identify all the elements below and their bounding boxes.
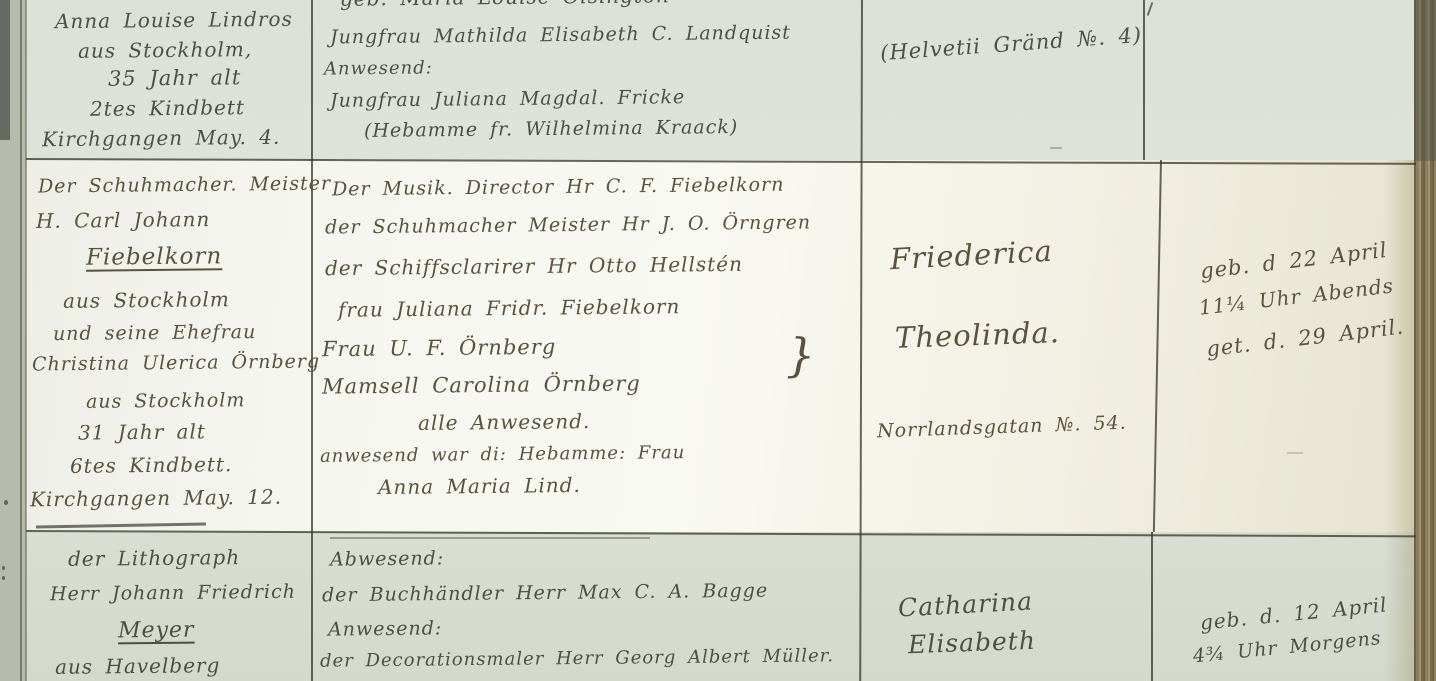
page-edge-line xyxy=(20,0,22,681)
handwritten-line: der Schiffsclarirer Hr Otto Hellstén xyxy=(325,252,743,280)
column-divider-line xyxy=(1143,0,1145,160)
handwritten-line: aus Stockholm xyxy=(86,389,246,413)
row-divider-double-line xyxy=(330,537,650,539)
handwritten-line: frau Juliana Fridr. Fiebelkorn xyxy=(338,294,681,322)
handwritten-line: Herr Johann Friedrich xyxy=(50,581,296,606)
handwritten-line: Kirchgangen May. 12. xyxy=(30,485,282,512)
register-page-scan: Anna Louise Lindros aus Stockholm, 35 Ja… xyxy=(0,0,1436,681)
handwritten-line: Kirchgangen May. 4. xyxy=(42,125,281,151)
midwife-name: Anna Maria Lind. xyxy=(378,473,581,499)
handwritten-line: aus Stockholm, xyxy=(78,37,252,63)
handwritten-line: 2tes Kindbett xyxy=(90,95,245,121)
child-given-name: Theolinda. xyxy=(894,315,1060,355)
margin-ink-dot xyxy=(4,500,8,505)
handwritten-line: der Buchhändler Herr Max C. A. Bagge xyxy=(322,580,768,607)
column-divider-line xyxy=(311,0,313,681)
binding-shadow xyxy=(0,0,10,140)
margin-ink-dot xyxy=(2,566,5,570)
handwritten-line: Jungfrau Juliana Magdal. Fricke xyxy=(330,86,685,112)
child-given-name: Elisabeth xyxy=(908,626,1037,659)
handwritten-line: Frau U. F. Örnberg xyxy=(322,335,556,361)
handwritten-line: Anwesend: xyxy=(324,57,433,79)
handwritten-line: 6tes Kindbett. xyxy=(70,452,233,478)
handwritten-line: alle Anwesend. xyxy=(418,409,591,435)
father-surname: Meyer xyxy=(118,618,195,644)
handwritten-line: Mamsell Carolina Örnberg xyxy=(322,371,641,398)
handwritten-line: Abwesend: xyxy=(330,547,444,570)
mother-name: Christina Ulerica Örnberg xyxy=(32,350,320,375)
page-edge-line xyxy=(25,0,27,681)
handwritten-line: 35 Jahr alt xyxy=(108,65,241,90)
handwritten-line: (Hebamme fr. Wilhelmina Kraack) xyxy=(364,116,738,142)
grouping-brace: } xyxy=(786,328,815,382)
handwritten-line: aus Havelberg xyxy=(55,653,221,679)
handwritten-line: H. Carl Johann xyxy=(36,207,211,233)
father-surname: Fiebelkorn xyxy=(86,243,222,270)
ink-smudge xyxy=(1287,452,1303,454)
handwritten-line: Anwesend: xyxy=(328,617,442,640)
handwritten-line: 31 Jahr alt xyxy=(78,419,206,444)
book-page-edge xyxy=(1414,0,1436,681)
handwritten-line: anwesend war di: Hebamme: Frau xyxy=(320,442,685,467)
handwritten-line: Anna Louise Lindros xyxy=(55,7,293,33)
handwritten-line: der Lithograph xyxy=(68,545,240,571)
ink-smudge xyxy=(1050,147,1062,149)
margin-ink-dot xyxy=(2,576,5,580)
handwritten-line: Der Schuhmacher. Meister xyxy=(38,172,331,197)
handwritten-line: und seine Ehefrau xyxy=(53,321,257,345)
handwritten-line: aus Stockholm xyxy=(63,287,230,313)
page-curl-shading xyxy=(1384,160,1414,681)
column-divider-line xyxy=(1151,532,1153,681)
